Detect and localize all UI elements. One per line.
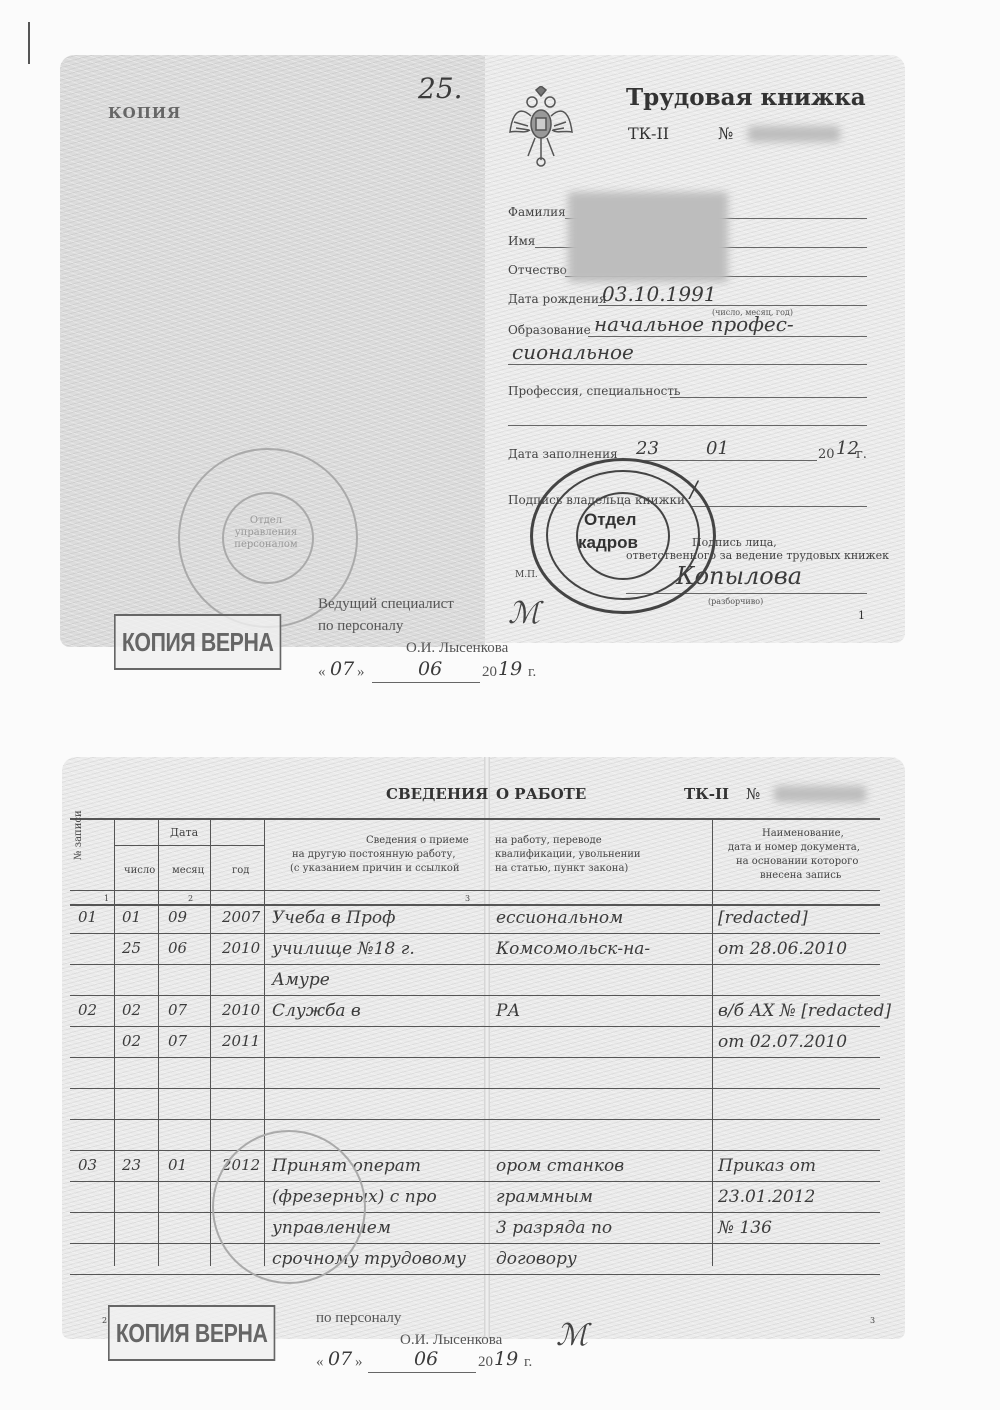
- cert-date-year-g: г.: [528, 664, 536, 681]
- coat-of-arms-icon: [508, 86, 574, 170]
- number-sign: №: [718, 124, 733, 143]
- hr-stamp-text-2: кадров: [578, 533, 638, 553]
- cert-date-quote-close: »: [357, 664, 365, 681]
- document-title: Трудовая книжка: [626, 84, 866, 111]
- col-num-3: 3: [465, 894, 470, 903]
- entry-year: 2010: [222, 1001, 260, 1019]
- col-month: месяц: [172, 864, 204, 877]
- table-row-line: [70, 1181, 880, 1182]
- table-header-bottom: [70, 890, 880, 891]
- entry-day: 02: [122, 1001, 141, 1019]
- cert2-date-day: 07: [328, 1348, 352, 1370]
- fill-date-label: Дата заполнения: [508, 447, 618, 461]
- copy-label: КОПИЯ: [108, 104, 181, 122]
- table-row-line: [70, 1119, 880, 1120]
- entry-year: 2011: [222, 1032, 260, 1050]
- col-info-right-3: на статью, пункт закона): [495, 862, 628, 875]
- entry-month: 09: [168, 908, 187, 926]
- certified-copy-stamp: КОПИЯ ВЕРНА: [114, 614, 281, 670]
- table-row-line: [70, 1057, 880, 1058]
- col-info-right-2: квалификации, увольнении: [495, 848, 641, 861]
- table-row-line: [70, 933, 880, 934]
- entry-text-right: договору: [496, 1249, 577, 1269]
- col-sep-no: [114, 818, 115, 1266]
- handwritten-page-number: 25.: [418, 72, 463, 105]
- certifier-signature: ℳ: [508, 596, 540, 631]
- responsible-signature-note: (разборчиво): [708, 597, 763, 606]
- certified-copy-stamp-2: КОПИЯ ВЕРНА: [108, 1305, 275, 1361]
- entry-text-right: РА: [496, 1001, 520, 1021]
- col-year: год: [232, 864, 249, 877]
- cert2-date-quote-close: »: [355, 1354, 363, 1371]
- entry-text-right: Комсомольск-на-: [496, 939, 650, 959]
- birth-date-value: 03.10.1991: [602, 282, 717, 306]
- cert2-date-month: 06: [414, 1348, 438, 1370]
- col-date: Дата: [170, 826, 198, 839]
- col-sep-doc: [712, 818, 713, 1266]
- col-doc-1: Наименование,: [762, 827, 844, 840]
- entry-month: 07: [168, 1001, 187, 1019]
- fill-day: 23: [636, 438, 659, 459]
- work-info-header-right: О РАБОТЕ: [496, 785, 586, 803]
- table-row-line: [70, 964, 880, 965]
- fill-year-g: г.: [856, 447, 867, 462]
- table-row-line: [70, 995, 880, 996]
- col-sep-day: [158, 818, 159, 1266]
- redacted-full-name: [568, 192, 728, 282]
- entry-no: 01: [78, 908, 97, 926]
- fill-month: 01: [706, 438, 729, 459]
- birth-date-label: Дата рождения: [508, 292, 607, 306]
- owner-signature-line: [690, 506, 867, 507]
- work-series-label: ТК-II: [684, 785, 729, 803]
- col-doc-3: на основании которого: [736, 855, 858, 868]
- entry-document: от 28.06.2010: [718, 939, 847, 959]
- profession-line-1: [670, 397, 867, 398]
- education-line-2: [508, 364, 867, 365]
- name-label: Имя: [508, 234, 535, 248]
- entry-text: Амуре: [272, 970, 330, 990]
- entry-day: 25: [122, 939, 141, 957]
- work-number-sign: №: [746, 785, 760, 803]
- entry-document: Приказ от: [718, 1156, 816, 1176]
- cert-date-day: 07: [330, 658, 354, 680]
- entry-text-right: ором станков: [496, 1156, 624, 1176]
- redacted-book-number: [748, 126, 840, 142]
- cert2-date-quote-open: «: [316, 1354, 324, 1371]
- certifier-position-2: по персоналу: [318, 618, 403, 635]
- education-line-1: [588, 336, 867, 337]
- entry-text: Служба в: [272, 1001, 361, 1021]
- series-label: ТК-II: [628, 124, 669, 143]
- cert-date-year-suffix: 19: [498, 658, 522, 680]
- page-number-2: 2: [102, 1316, 107, 1325]
- entry-text-right: граммным: [496, 1187, 593, 1207]
- col-day: число: [124, 864, 155, 877]
- entry-document: от 02.07.2010: [718, 1032, 847, 1052]
- cert-date-month: 06: [418, 658, 442, 680]
- table-row-line: [70, 1088, 880, 1089]
- col-info-right-1: на работу, переводе: [495, 834, 602, 847]
- margin-mark: [28, 22, 30, 64]
- entry-document: в/б АХ № [redacted]: [718, 1001, 891, 1021]
- col-entry-no: № записи: [72, 800, 85, 860]
- surname-label: Фамилия: [508, 205, 566, 219]
- col-info-left-1: Сведения о приеме: [366, 834, 469, 847]
- entry-year: 2007: [222, 908, 260, 926]
- book-spine: [484, 757, 490, 1339]
- entry-day: 02: [122, 1032, 141, 1050]
- col-doc-2: дата и номер документа,: [728, 841, 860, 854]
- entry-document: 23.01.2012: [718, 1187, 815, 1207]
- col-sep-month: [210, 818, 211, 1266]
- redacted-work-number: [774, 786, 866, 802]
- cert2-date-month-line: [368, 1372, 476, 1373]
- table-row-line: [70, 1243, 880, 1244]
- col-num-2: 2: [188, 894, 193, 903]
- education-value-1: начальное профес-: [594, 312, 794, 336]
- fill-year-prefix: 20: [818, 447, 835, 462]
- entry-month: 07: [168, 1032, 187, 1050]
- entry-month: 06: [168, 939, 187, 957]
- cert2-date-year-g: г.: [524, 1354, 532, 1371]
- table-number-row-bottom: [70, 904, 880, 906]
- hr-stamp-text-1: Отдел: [584, 510, 636, 530]
- entry-day: 01: [122, 908, 141, 926]
- col-info-left-3: (с указанием причин и ссылкой: [290, 862, 460, 875]
- table-top-border: [70, 818, 880, 820]
- education-value-2: сиональное: [512, 340, 634, 364]
- table-row-line: [70, 1026, 880, 1027]
- entry-text: Учеба в Проф: [272, 908, 395, 928]
- entry-no: 02: [78, 1001, 97, 1019]
- entry-text: училище №18 г.: [272, 939, 415, 959]
- cert-date-quote-open: «: [318, 664, 326, 681]
- entry-month: 01: [168, 1156, 187, 1174]
- certifier-name: О.И. Лысенкова: [406, 640, 508, 657]
- col-doc-4: внесена запись: [760, 869, 841, 882]
- date-subheader-line: [114, 845, 264, 846]
- education-label: Образование: [508, 323, 591, 337]
- entry-text-right: 3 разряда по: [496, 1218, 612, 1238]
- entry-document: № 136: [718, 1218, 772, 1238]
- certifier2-position-2: по персоналу: [316, 1310, 401, 1327]
- col-num-1: 1: [104, 894, 109, 903]
- profession-label: Профессия, специальность: [508, 384, 680, 398]
- faint-stamp-text: Отдел управления персоналом: [228, 515, 304, 551]
- profession-line-2: [508, 425, 867, 426]
- table-row-line: [70, 1274, 880, 1275]
- page-number-1: 1: [858, 609, 865, 622]
- table-row-line: [70, 1212, 880, 1213]
- cert2-date-year-prefix: 20: [478, 1354, 493, 1371]
- col-info-left-2: на другую постоянную работу,: [292, 848, 456, 861]
- faint-stamp-page2: [212, 1130, 366, 1284]
- certifier2-name: О.И. Лысенкова: [400, 1332, 502, 1349]
- certifier2-signature: ℳ: [556, 1318, 588, 1353]
- entry-year: 2010: [222, 939, 260, 957]
- entry-document: [redacted]: [718, 908, 808, 928]
- page-number-3: 3: [870, 1316, 875, 1325]
- cert-date-year-prefix: 20: [482, 664, 497, 681]
- mp-label: М.П.: [515, 570, 538, 580]
- entry-text-right: ессиональном: [496, 908, 623, 928]
- patronymic-label: Отчество: [508, 263, 567, 277]
- entry-no: 03: [78, 1156, 97, 1174]
- work-info-header-left: СВЕДЕНИЯ: [386, 785, 488, 803]
- entry-day: 23: [122, 1156, 141, 1174]
- table-row-line: [70, 1150, 880, 1151]
- certifier-position-1: Ведущий специалист: [318, 596, 454, 613]
- cert-date-month-line: [372, 682, 480, 683]
- cert2-date-year-suffix: 19: [494, 1348, 518, 1370]
